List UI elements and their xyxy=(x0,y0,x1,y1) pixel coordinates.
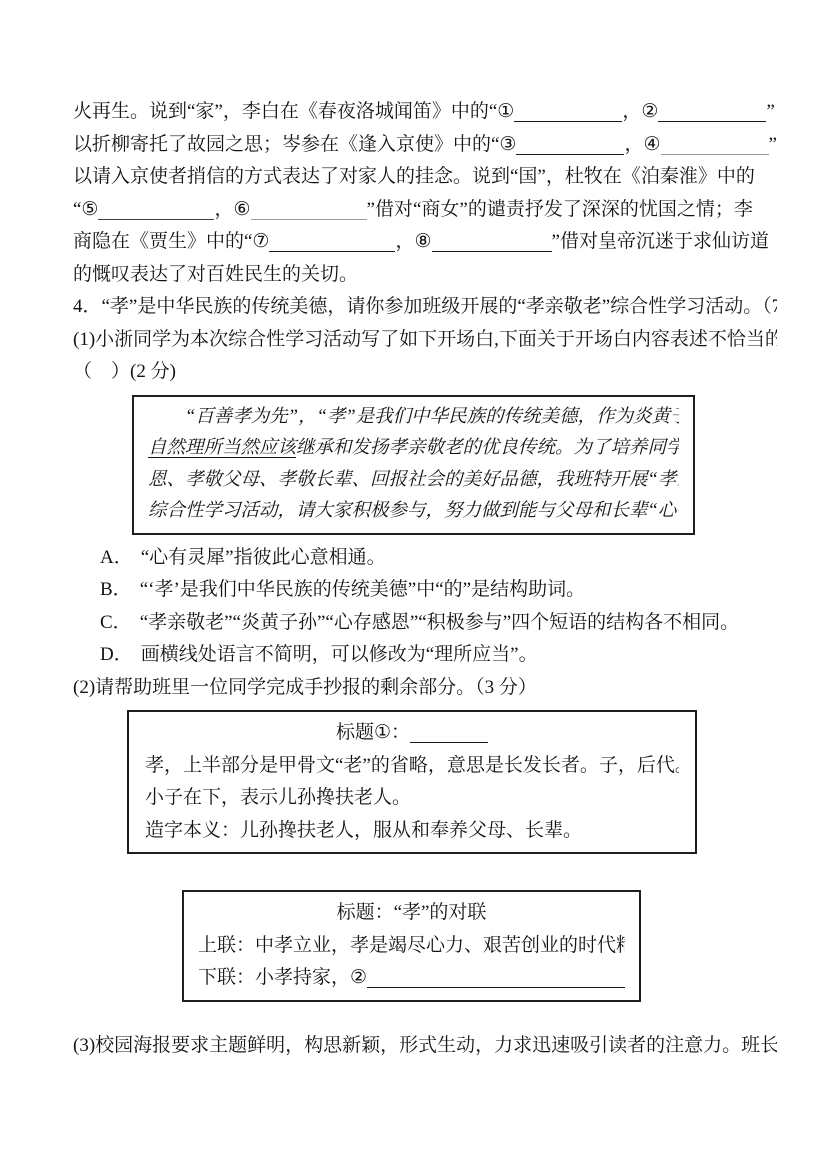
text-segment: ，④ xyxy=(624,134,660,155)
fill-in-blank xyxy=(432,232,552,252)
opening-remarks-box: “百善孝为先”，“孝”是我们中华民族的传统美德，作为炎黄子孙， 自然理所当然应该… xyxy=(132,395,695,535)
couplet-lower-line: 下联：小孝持家，② xyxy=(198,962,625,995)
text-line-2: 以折柳寄托了故园之思；岑参在《逢入京使》中的“③，④” xyxy=(73,129,777,162)
text-segment: 综合性学习活动，请大家积极参与，努力做到能与父母和长辈“心有灵犀”！ xyxy=(148,501,679,521)
option-a-label: A． xyxy=(100,547,133,568)
fill-in-blank xyxy=(658,102,766,122)
option-d-label: D． xyxy=(100,644,133,665)
text-line-1: 火再生。说到“家”，李白在《春夜洛城闻笛》中的“①，②” xyxy=(73,96,777,129)
page-content: 火再生。说到“家”，李白在《春夜洛城闻笛》中的“①，②” 以折柳寄托了故园之思；… xyxy=(0,0,827,1062)
text-segment: ，② xyxy=(622,101,658,122)
exam-paper-page: 火再生。说到“家”，李白在《春夜洛城闻笛》中的“①，②” 以折柳寄托了故园之思；… xyxy=(0,0,827,1169)
couplet-box: 标题：“孝”的对联 上联：中孝立业，孝是竭尽心力、艰苦创业的时代精神 下联：小孝… xyxy=(182,890,641,1002)
text-segment: ” xyxy=(769,134,777,155)
option-b: B．“‘孝’是我们中华民族的传统美德”中“的”是结构助词。 xyxy=(100,574,777,607)
fill-in-blank xyxy=(410,723,488,743)
text-segment: “⑤ xyxy=(73,199,98,220)
text-segment: 继承和发扬孝亲敬老的优良传统。为了培养同学们心存感 xyxy=(296,438,679,458)
option-c-text: “孝亲敬老”“炎黄子孙”“心存感恩”“积极参与”四个短语的结构各不相同。 xyxy=(140,612,739,633)
text-line-3: 以请入京使者捎信的方式表达了对家人的挂念。说到“国”，杜牧在《泊秦淮》中的 xyxy=(73,161,777,194)
question-4-3-stem: (3)校园海报要求主题鲜明，构思新颖，形式生动，力求迅速吸引读者的注意力。班长想… xyxy=(73,1030,777,1063)
text-segment: “百善孝为先”，“孝”是我们中华民族的传统美德，作为炎黄子孙， xyxy=(148,407,679,427)
opening-remarks-line-3: 恩、孝敬父母、孝敬长辈、回报社会的美好品德，我班特开展“孝亲敬老” xyxy=(148,465,679,497)
option-b-label: B． xyxy=(100,579,132,600)
fill-in-blank xyxy=(98,200,214,220)
option-a: A．“心有灵犀”指彼此心意相通。 xyxy=(100,542,777,575)
opening-remarks-line-2: 自然理所当然应该继承和发扬孝亲敬老的优良传统。为了培养同学们心存感 xyxy=(148,433,679,465)
question-4-1-answer-brackets: （ ）(2 分) xyxy=(73,356,777,389)
text-segment: ”借对皇帝沉迷于求仙访道 xyxy=(552,231,769,252)
character-box-title: 标题①： xyxy=(145,717,679,750)
option-b-text: “‘孝’是我们中华民族的传统美德”中“的”是结构助词。 xyxy=(140,579,585,600)
fill-in-blank xyxy=(251,200,367,220)
option-d-text: 画横线处语言不简明，可以修改为“理所应当”。 xyxy=(141,644,538,665)
character-explanation-box: 标题①： 孝，上半部分是甲骨文“老”的省略，意思是长发长者。子，后代。老人在上，… xyxy=(127,710,697,854)
opening-remarks-line-4: 综合性学习活动，请大家积极参与，努力做到能与父母和长辈“心有灵犀”！ xyxy=(148,496,679,528)
couplet-upper-line: 上联：中孝立业，孝是竭尽心力、艰苦创业的时代精神 xyxy=(198,930,625,963)
character-box-line-3: 造字本义：儿孙搀扶老人，服从和奉养父母、长辈。 xyxy=(145,815,679,848)
option-c: C．“孝亲敬老”“炎黄子孙”“心存感恩”“积极参与”四个短语的结构各不相同。 xyxy=(100,607,777,640)
question-4-1-stem: (1)小浙同学为本次综合性学习活动写了如下开场白,下面关于开场白内容表述不恰当的… xyxy=(73,324,777,357)
option-c-label: C． xyxy=(100,612,132,633)
couplet-box-title: 标题：“孝”的对联 xyxy=(198,897,625,930)
character-box-line-1: 孝，上半部分是甲骨文“老”的省略，意思是长发长者。子，后代。老人在上， xyxy=(145,750,679,783)
fill-in-blank xyxy=(514,102,622,122)
text-line-5: 商隐在《贾生》中的“⑦，⑧”借对皇帝沉迷于求仙访道 xyxy=(73,226,777,259)
underlined-text: 自然理所当然应该 xyxy=(148,438,296,458)
text-segment: ，⑧ xyxy=(395,231,431,252)
text-segment: 以折柳寄托了故园之思；岑参在《逢入京使》中的“③ xyxy=(73,134,516,155)
opening-remarks-line-1: “百善孝为先”，“孝”是我们中华民族的传统美德，作为炎黄子孙， xyxy=(148,402,679,434)
option-a-text: “心有灵犀”指彼此心意相通。 xyxy=(141,547,386,568)
text-segment: 下联：小孝持家，② xyxy=(198,967,367,988)
text-segment: ”借对“商女”的谴责抒发了深深的忧国之情；李 xyxy=(367,199,753,220)
text-segment: 标题①： xyxy=(336,722,410,743)
question-4-2-stem: (2)请帮助班里一位同学完成手抄报的剩余部分。（3 分） xyxy=(73,672,777,705)
text-segment: 恩、孝敬父母、孝敬长辈、回报社会的美好品德，我班特开展“孝亲敬老” xyxy=(148,470,679,490)
text-line-4: “⑤，⑥”借对“商女”的谴责抒发了深深的忧国之情；李 xyxy=(73,194,777,227)
fill-in-blank xyxy=(516,135,624,155)
choice-options: A．“心有灵犀”指彼此心意相通。 B．“‘孝’是我们中华民族的传统美德”中“的”… xyxy=(73,542,777,672)
fill-in-blank xyxy=(367,968,625,988)
character-box-line-2: 小子在下，表示儿孙搀扶老人。 xyxy=(145,782,679,815)
text-segment: 商隐在《贾生》中的“⑦ xyxy=(73,231,269,252)
text-segment: 火再生。说到“家”，李白在《春夜洛城闻笛》中的“① xyxy=(73,101,514,122)
fill-in-blank xyxy=(661,135,769,155)
option-d: D．画横线处语言不简明，可以修改为“理所应当”。 xyxy=(100,639,777,672)
text-segment: ，⑥ xyxy=(214,199,250,220)
text-segment: ” xyxy=(766,101,774,122)
text-line-6: 的慨叹表达了对百姓民生的关切。 xyxy=(73,259,777,292)
question-4-stem: 4．“孝”是中华民族的传统美德，请你参加班级开展的“孝亲敬老”综合性学习活动。（… xyxy=(73,291,777,324)
fill-in-blank xyxy=(269,232,395,252)
